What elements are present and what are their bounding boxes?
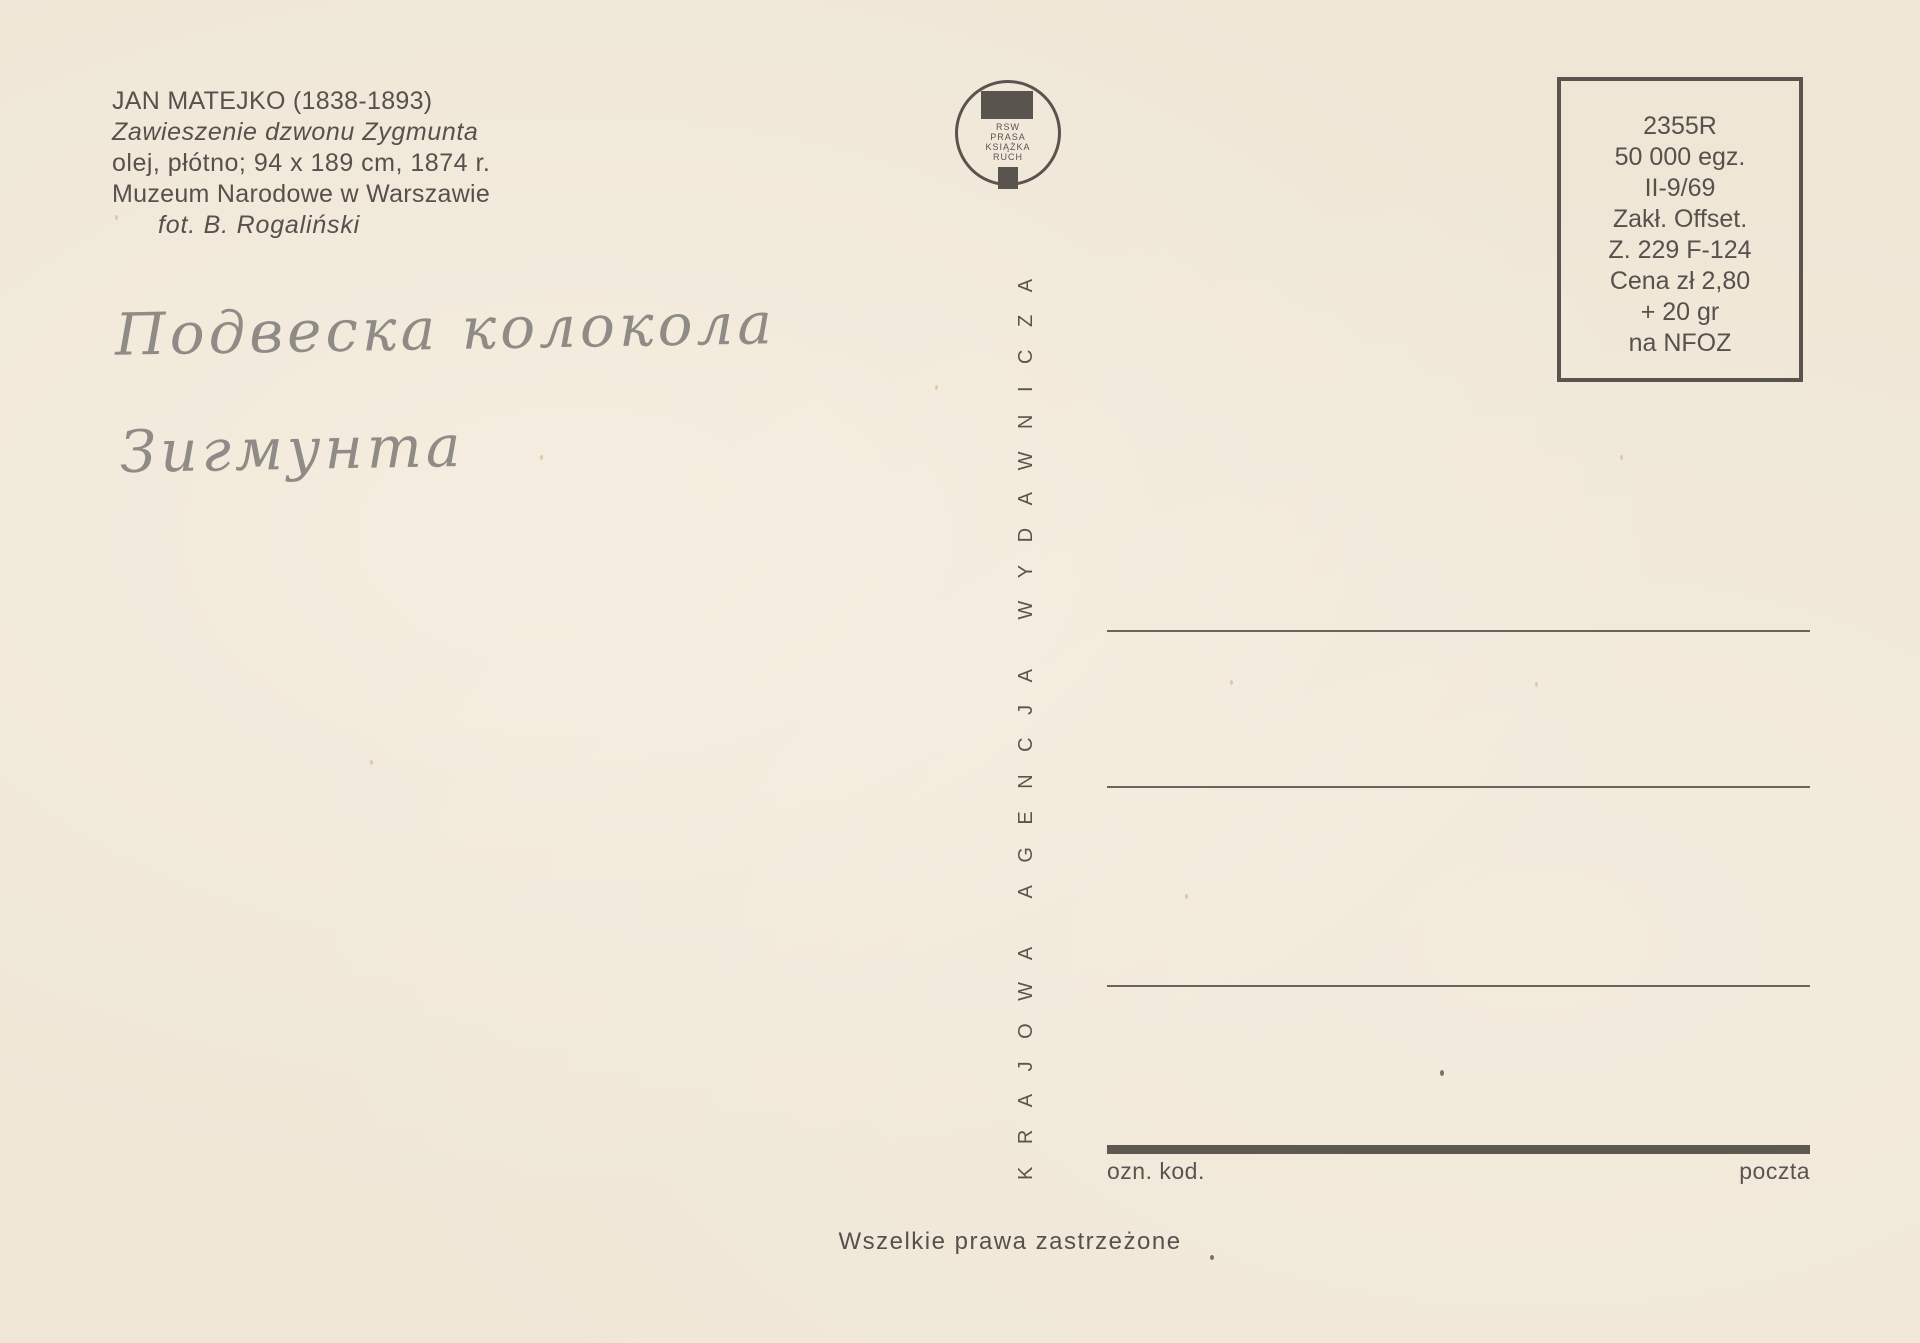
- logo-hammer-handle: [998, 167, 1018, 189]
- address-line-2: [1107, 786, 1810, 788]
- artist-name: JAN MATEJKO (1838-1893): [112, 86, 490, 117]
- ruch-publisher-logo-icon: RSW PRASA KSIĄŻKA RUCH: [955, 80, 1061, 186]
- logo-text: RSW: [958, 123, 1058, 132]
- info-line: Cena zł 2,80: [1561, 266, 1799, 297]
- postal-code-label: ozn. kod.: [1107, 1158, 1205, 1185]
- info-line: na NFOZ: [1561, 328, 1799, 359]
- info-line: II-9/69: [1561, 173, 1799, 204]
- paper-speck: [1535, 682, 1538, 687]
- paper-speck: [935, 385, 938, 390]
- info-line: Zakł. Offset.: [1561, 204, 1799, 235]
- paper-speck: [370, 760, 373, 765]
- museum-name: Muzeum Narodowe w Warszawie: [112, 179, 490, 210]
- photo-credit: fot. B. Rogaliński: [112, 210, 490, 241]
- address-line-3: [1107, 985, 1810, 987]
- paper-speck: [1185, 894, 1188, 899]
- paper-speck: [1230, 680, 1233, 685]
- postcard-back: JAN MATEJKO (1838-1893) Zawieszenie dzwo…: [0, 0, 1920, 1343]
- info-line: Z. 229 F-124: [1561, 235, 1799, 266]
- postal-code-line: [1107, 1145, 1810, 1154]
- handwritten-note-line-2: Зигмунта: [119, 412, 464, 486]
- paper-speck: [1620, 455, 1623, 460]
- logo-text: RUCH: [958, 153, 1058, 162]
- info-line: + 20 gr: [1561, 297, 1799, 328]
- print-info-box: 2355R 50 000 egz. II-9/69 Zakł. Offset. …: [1557, 77, 1803, 382]
- info-line: 2355R: [1561, 111, 1799, 142]
- artwork-caption: JAN MATEJKO (1838-1893) Zawieszenie dzwo…: [112, 86, 490, 241]
- logo-hammer-head: [981, 91, 1033, 119]
- handwritten-note-line-1: Подвеска колокола: [114, 289, 776, 369]
- post-office-label: poczta: [1739, 1158, 1810, 1185]
- paper-speck: [1440, 1070, 1444, 1076]
- info-line: 50 000 egz.: [1561, 142, 1799, 173]
- artwork-title: Zawieszenie dzwonu Zygmunta: [112, 117, 490, 148]
- logo-text: PRASA: [958, 133, 1058, 142]
- rights-reserved-notice: Wszelkie prawa zastrzeżone: [0, 1228, 1920, 1256]
- address-line-1: [1107, 630, 1810, 632]
- paper-speck: [540, 455, 543, 460]
- publisher-vertical-text: KRAJOWA AGENCJA WYDAWNICZA: [1015, 256, 1038, 1180]
- logo-text: KSIĄŻKA: [958, 143, 1058, 152]
- artwork-medium: olej, płótno; 94 x 189 cm, 1874 r.: [112, 148, 490, 179]
